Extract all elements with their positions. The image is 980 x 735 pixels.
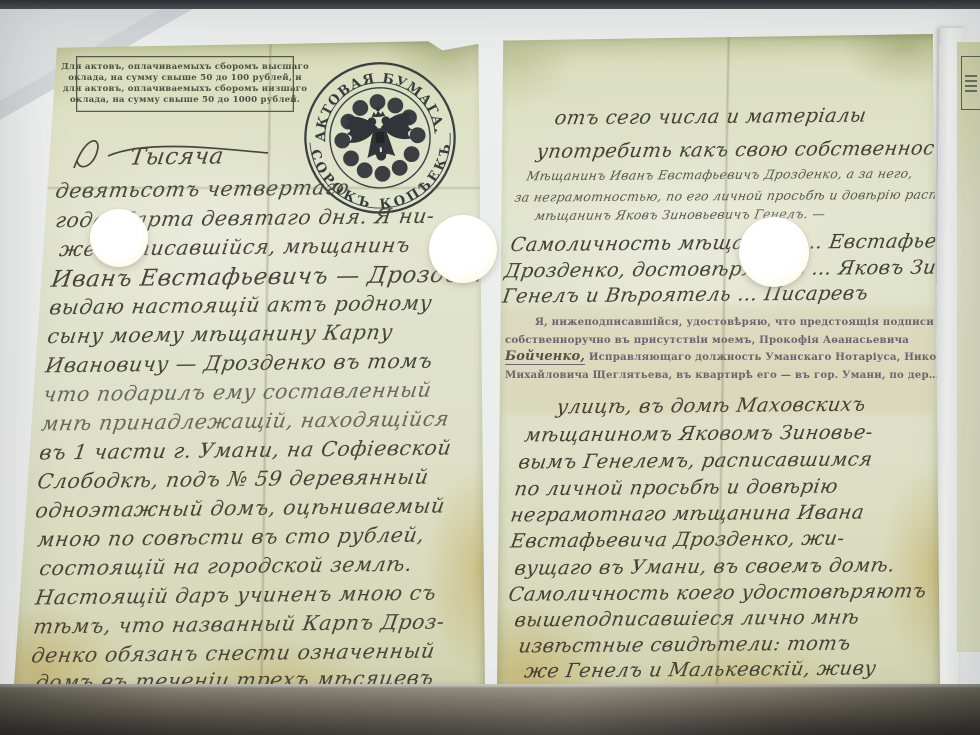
handwriting-line: въ 1 части г. Умани, на Софіевской xyxy=(38,435,453,464)
magnet-disc xyxy=(90,209,148,267)
handwriting-line: Евстафьевича Дрозденко, жи- xyxy=(509,527,846,553)
handwriting-line: Генелъ и Вѣроятель … Писаревъ xyxy=(501,281,870,307)
case-frame-top xyxy=(0,0,980,9)
notary-stamp-line: Бойченко, Исправляющаго должность Уманск… xyxy=(505,349,958,364)
museum-display-photo: Для актовъ, оплачиваемыхъ сборомъ высшаг… xyxy=(0,0,980,735)
handwriting-line: Настоящій даръ учиненъ мною съ xyxy=(34,581,438,610)
handwriting-line: вышеподписавшіеся лично мнѣ xyxy=(513,605,861,631)
notary-stamp-line: Михайловича Щеглятьева, въ квартирѣ его … xyxy=(505,369,939,381)
handwriting-line: неграмотнаго мѣщанина Ивана xyxy=(509,500,866,526)
tax-box-line: Для актовъ, оплачиваемыхъ сборомъ высшаг… xyxy=(61,62,309,73)
tax-box-line: оклада, на сумму свыше 50 до 1000 рублей… xyxy=(70,95,300,106)
handwriting-line: девятьсотъ четвертаго xyxy=(54,175,351,203)
notary-stamp-line-print: Исправляющаго должность Уманскаго Нотарі… xyxy=(589,351,958,363)
tax-box-line: для актовъ, оплачиваемыхъ сборомъ низшаг… xyxy=(63,84,307,95)
handwriting-line: извѣстные свидѣтели: тотъ xyxy=(517,632,852,658)
handwriting-line-small: за неграмотностью, по его личной просьбѣ… xyxy=(513,186,980,204)
handwriting-line: вущаго въ Умани, въ своемъ домѣ. xyxy=(513,553,897,579)
display-shelf-edge xyxy=(0,684,980,735)
adjacent-document-edge xyxy=(957,42,980,652)
handwriting-line-small: Мѣщанинъ Иванъ Евстафьевичъ Дрозденко, а… xyxy=(525,166,914,184)
handwriting-line: отъ сего числа и матеріалы xyxy=(553,104,868,130)
left-page: Для актовъ, оплачиваемыхъ сборомъ высшаг… xyxy=(12,40,485,686)
tax-rate-box: Для актовъ, оплачиваемыхъ сборомъ высшаг… xyxy=(76,56,294,112)
adjacent-tax-box xyxy=(961,56,980,110)
handwriting-line: сыну моему мѣщанину Карпу xyxy=(46,320,395,348)
magnet-disc xyxy=(429,215,497,283)
handwriting-line: вымъ Генелемъ, расписавшимся xyxy=(517,447,874,473)
tax-box-line: оклада, на сумму свыше 50 до 100 рублей,… xyxy=(68,73,302,84)
handwriting-line: Самоличность коего удостовѣряютъ xyxy=(507,579,928,606)
handwriting-line: мною по совѣсти въ сто рублей, xyxy=(36,523,427,552)
notary-stamp-line: собственноручно въ присутствіи моемъ, Пр… xyxy=(505,334,909,346)
handwriting-line: улицѣ, въ домѣ Маховскихъ xyxy=(555,393,867,419)
notary-stamp-line: Я, нижеподписавшійся, удостовѣряю, что п… xyxy=(535,316,980,328)
notary-signature-name: Бойченко, xyxy=(505,349,585,365)
right-page: отъ сего числа и матеріалы употребить ка… xyxy=(497,34,940,686)
handwriting-line: по личной просьбѣ и довѣрію xyxy=(513,475,840,501)
handwriting-line: что подарилъ ему составленный xyxy=(42,378,434,407)
handwriting-line: одноэтажный домъ, оцѣниваемый xyxy=(34,494,447,523)
handwriting-line: мѣщаниномъ Яковомъ Зиновье- xyxy=(523,420,875,446)
handwriting-line: выдаю настоящій актъ родному xyxy=(48,291,434,320)
handwriting-line: состоящій на городской землѣ. xyxy=(38,552,414,581)
handwriting-line: употребить какъ свою собственность. xyxy=(535,136,973,163)
handwriting-line: мнѣ принадлежащій, находящійся xyxy=(40,407,451,436)
handwriting-line: Слободкѣ, подъ № 59 деревянный xyxy=(36,465,431,494)
magnet-disc xyxy=(739,217,809,287)
handwriting-line: денко обязанъ снести означенный xyxy=(30,639,437,668)
handwriting-line: Тысяча xyxy=(128,143,226,170)
handwriting-line: Ивановичу — Дрозденко въ томъ xyxy=(44,349,434,378)
handwriting-line: тѣмъ, что названный Карпъ Дроз- xyxy=(32,609,446,638)
handwriting-line: же Генелъ и Малькевскій, живу xyxy=(523,656,878,682)
